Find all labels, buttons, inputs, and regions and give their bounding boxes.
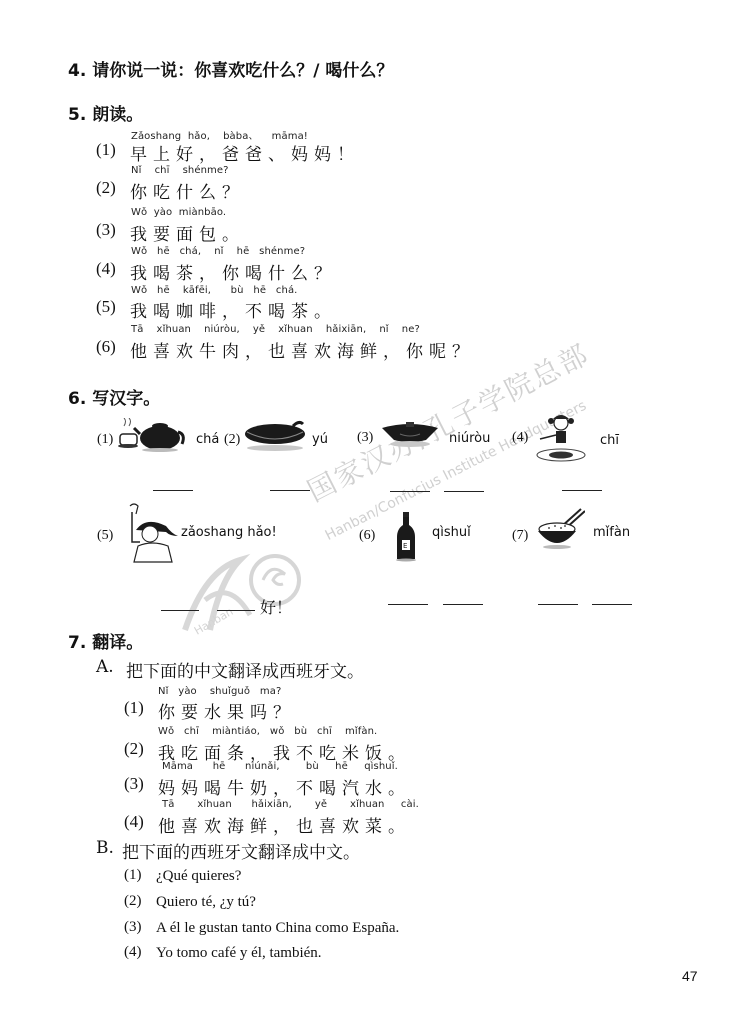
- item-number: (4): [512, 430, 528, 446]
- answer-blank[interactable]: [270, 490, 310, 492]
- item-number: (5): [97, 528, 113, 544]
- item-number: (6): [359, 528, 375, 544]
- item-number: (1): [124, 698, 144, 718]
- fish-plate-icon: [243, 420, 307, 452]
- item-number: (1): [96, 140, 116, 160]
- hanzi-sentence: 你吃什么？: [130, 178, 245, 203]
- part-b-label: B.: [96, 838, 114, 858]
- pinyin-word: chī: [600, 433, 619, 448]
- hanzi-sentence: 早上好，爸爸、妈妈！: [130, 140, 360, 165]
- item-number: (6): [96, 337, 116, 357]
- spanish-sentence: Yo tomo café y él, también.: [156, 945, 322, 962]
- hanzi-sentence: 我喝咖啡，不喝茶。: [130, 297, 337, 322]
- hanzi-sentence: 我要面包。: [130, 220, 245, 245]
- answer-blank[interactable]: [153, 490, 193, 492]
- hanzi-sentence: 我喝茶，你喝什么？: [130, 259, 337, 284]
- watermark-logo-icon: Hanban: [175, 540, 305, 640]
- beef-bowl-icon: [380, 420, 440, 450]
- answer-blank-2[interactable]: [444, 491, 484, 493]
- answer-blank-2[interactable]: [592, 604, 632, 606]
- item-number: (5): [96, 297, 116, 317]
- answer-blank-2[interactable]: [443, 604, 483, 606]
- answer-blank-1[interactable]: [388, 604, 428, 606]
- item-number: (4): [96, 259, 116, 279]
- answer-blank-1[interactable]: [538, 604, 578, 606]
- pinyin-word: niúròu: [449, 431, 490, 446]
- pinyin: Nǐ yào shuǐguǒ ma?: [158, 686, 281, 697]
- section-6-title: 6. 写汉字。: [68, 384, 160, 409]
- pinyin-word: mǐfàn: [593, 525, 630, 540]
- hanzi-sentence: 他喜欢海鲜，也喜欢菜。: [158, 812, 411, 837]
- item-number: (3): [357, 430, 373, 446]
- section-7-title: 7. 翻译。: [68, 628, 143, 653]
- spanish-sentence: A él le gustan tanto China como España.: [156, 920, 399, 937]
- svg-text:E: E: [403, 542, 407, 550]
- girl-waving-icon: [122, 502, 182, 564]
- pinyin-word: qìshuǐ: [432, 525, 471, 540]
- item-number: (3): [96, 220, 116, 240]
- item-number: (7): [512, 528, 528, 544]
- item-number: (2): [124, 893, 142, 910]
- pinyin: Wǒ yào miànbāo.: [131, 207, 226, 218]
- spanish-sentence: Quiero té, ¿y tú?: [156, 894, 256, 911]
- item-number: (3): [124, 774, 144, 794]
- hanzi-sentence: 妈妈喝牛奶，不喝汽水。: [158, 774, 411, 799]
- item-number: (4): [124, 944, 142, 961]
- pinyin: Tā xǐhuan niúròu, yě xǐhuan hǎixiān, nǐ …: [131, 324, 420, 335]
- answer-blank-1[interactable]: [161, 610, 199, 612]
- rice-bowl-icon: [535, 507, 585, 553]
- part-b-instruction: 把下面的西班牙文翻译成中文。: [122, 838, 360, 863]
- spanish-sentence: ¿Qué quieres?: [156, 868, 241, 885]
- pinyin: Māma hē niúnǎi, bù hē qìshuǐ.: [162, 761, 398, 772]
- answer-blank-1[interactable]: [390, 491, 430, 493]
- item-number: (2): [124, 739, 144, 759]
- pinyin: Wǒ hē kāfēi, bù hē chá.: [131, 285, 297, 296]
- girl-eating-icon: [532, 413, 590, 465]
- item-number: (1): [124, 867, 142, 884]
- section-4-title: 4. 请你说一说：你喜欢吃什么？/ 喝什么？: [68, 56, 393, 81]
- pinyin: Tā xǐhuan hǎixiān, yě xǐhuan cài.: [162, 799, 419, 810]
- item-number: (4): [124, 812, 144, 832]
- answer-suffix: 好！: [260, 595, 292, 618]
- item-number: (2): [96, 178, 116, 198]
- pinyin: Nǐ chī shénme?: [131, 165, 229, 176]
- answer-blank[interactable]: [562, 490, 602, 492]
- part-a-instruction: 把下面的中文翻译成西班牙文。: [126, 657, 364, 682]
- soda-bottle-icon: E: [393, 512, 419, 562]
- item-number: (3): [124, 919, 142, 936]
- pinyin-word: zǎoshang hǎo!: [181, 525, 277, 540]
- pinyin: Wǒ hē chá, nǐ hē shénme?: [131, 246, 305, 257]
- hanzi-sentence: 他喜欢牛肉，也喜欢海鲜，你呢？: [130, 337, 475, 362]
- answer-blank-2[interactable]: [217, 610, 255, 612]
- item-number: (1): [97, 432, 113, 448]
- teapot-icon: [118, 418, 188, 452]
- part-a-label: A.: [96, 657, 114, 677]
- pinyin-word: yú: [312, 432, 328, 447]
- pinyin-word: chá: [196, 432, 219, 447]
- pinyin: Wǒ chī miàntiáo, wǒ bù chī mǐfàn.: [158, 726, 377, 737]
- page-number: 47: [682, 968, 698, 984]
- section-5-title: 5. 朗读。: [68, 100, 143, 125]
- item-number: (2): [224, 432, 240, 448]
- hanzi-sentence: 你要水果吗？: [158, 698, 296, 723]
